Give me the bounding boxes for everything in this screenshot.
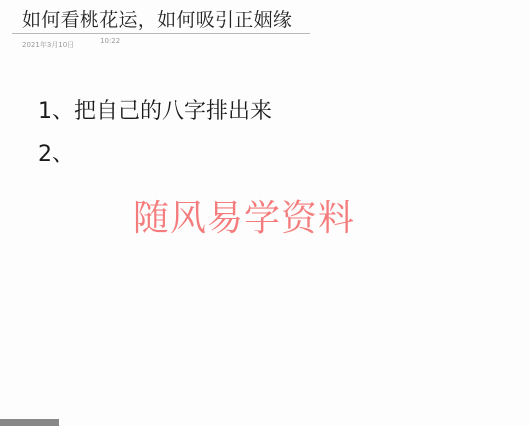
watermark: 随风易学资料 bbox=[133, 190, 355, 241]
date-stamp: 2021年3月10日 bbox=[22, 40, 74, 50]
time-stamp: 10:22 bbox=[100, 37, 120, 45]
list-item: 2、 bbox=[38, 137, 74, 168]
title-divider bbox=[12, 33, 310, 34]
scrollbar[interactable] bbox=[0, 419, 59, 426]
list-item: 1、把自己的八字排出来 bbox=[38, 94, 272, 125]
page-title: 如何看桃花运，如何吸引正姻缘 bbox=[22, 5, 292, 32]
